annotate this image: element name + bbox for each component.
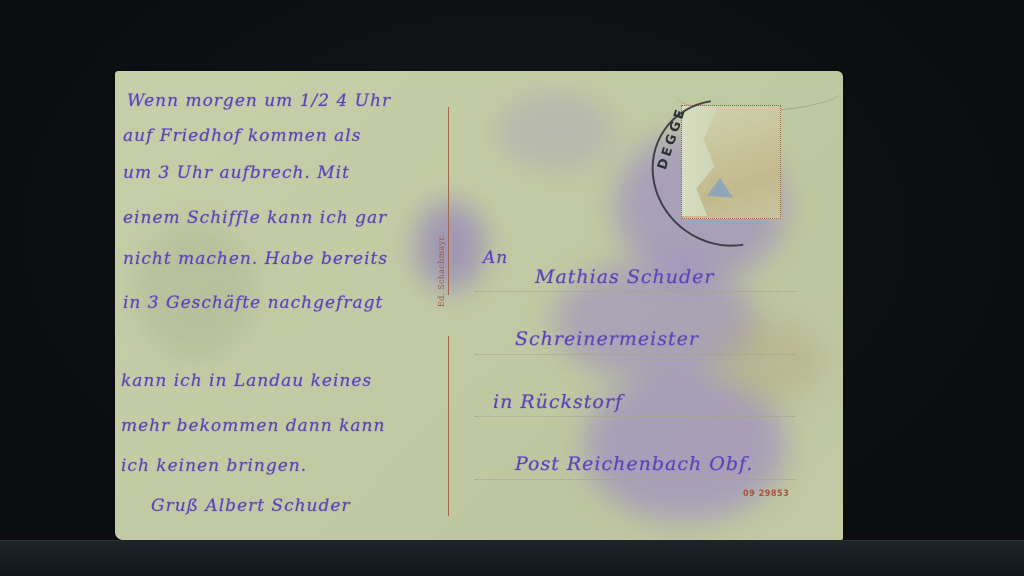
message-line: Wenn morgen um 1/2 4 Uhr xyxy=(127,91,391,111)
address-name: Mathias Schuder xyxy=(535,266,714,288)
message-line: nicht machen. Habe bereits xyxy=(123,249,388,269)
address-post: Post Reichenbach Obf. xyxy=(515,453,753,475)
address-line-3 xyxy=(475,416,795,417)
message-line: ich keinen bringen. xyxy=(121,456,307,476)
signature: Gruß Albert Schuder xyxy=(151,496,351,516)
center-divider-line-top xyxy=(448,107,449,295)
address-line-1 xyxy=(475,291,795,292)
message-line: einem Schiffle kann ich gar xyxy=(123,208,387,228)
center-divider-line-bottom xyxy=(448,336,449,516)
publisher-imprint: Ed. Schachmayr. xyxy=(437,235,446,307)
address-occupation: Schreinermeister xyxy=(515,328,699,350)
message-line: kann ich in Landau keines xyxy=(121,371,372,391)
message-line: auf Friedhof kommen als xyxy=(123,126,361,146)
message-line: in 3 Geschäfte nachgefragt xyxy=(123,293,383,313)
ink-stain xyxy=(495,91,615,171)
address-salutation: An xyxy=(483,248,508,268)
ink-stain xyxy=(415,201,485,291)
message-line: um 3 Uhr aufbrech. Mit xyxy=(123,163,350,183)
paper-stain xyxy=(135,221,255,361)
address-town: in Rückstorf xyxy=(493,391,623,413)
paper-stain xyxy=(715,321,825,401)
display-shelf xyxy=(0,540,1024,576)
message-line: mehr bekommen dann kann xyxy=(121,416,385,436)
address-line-4 xyxy=(475,479,795,480)
address-line-2 xyxy=(475,354,795,355)
serial-number: 09 29853 xyxy=(743,489,789,499)
postcard-back: Ed. Schachmayr. DEGGE Wenn morgen um 1/2… xyxy=(115,71,843,540)
